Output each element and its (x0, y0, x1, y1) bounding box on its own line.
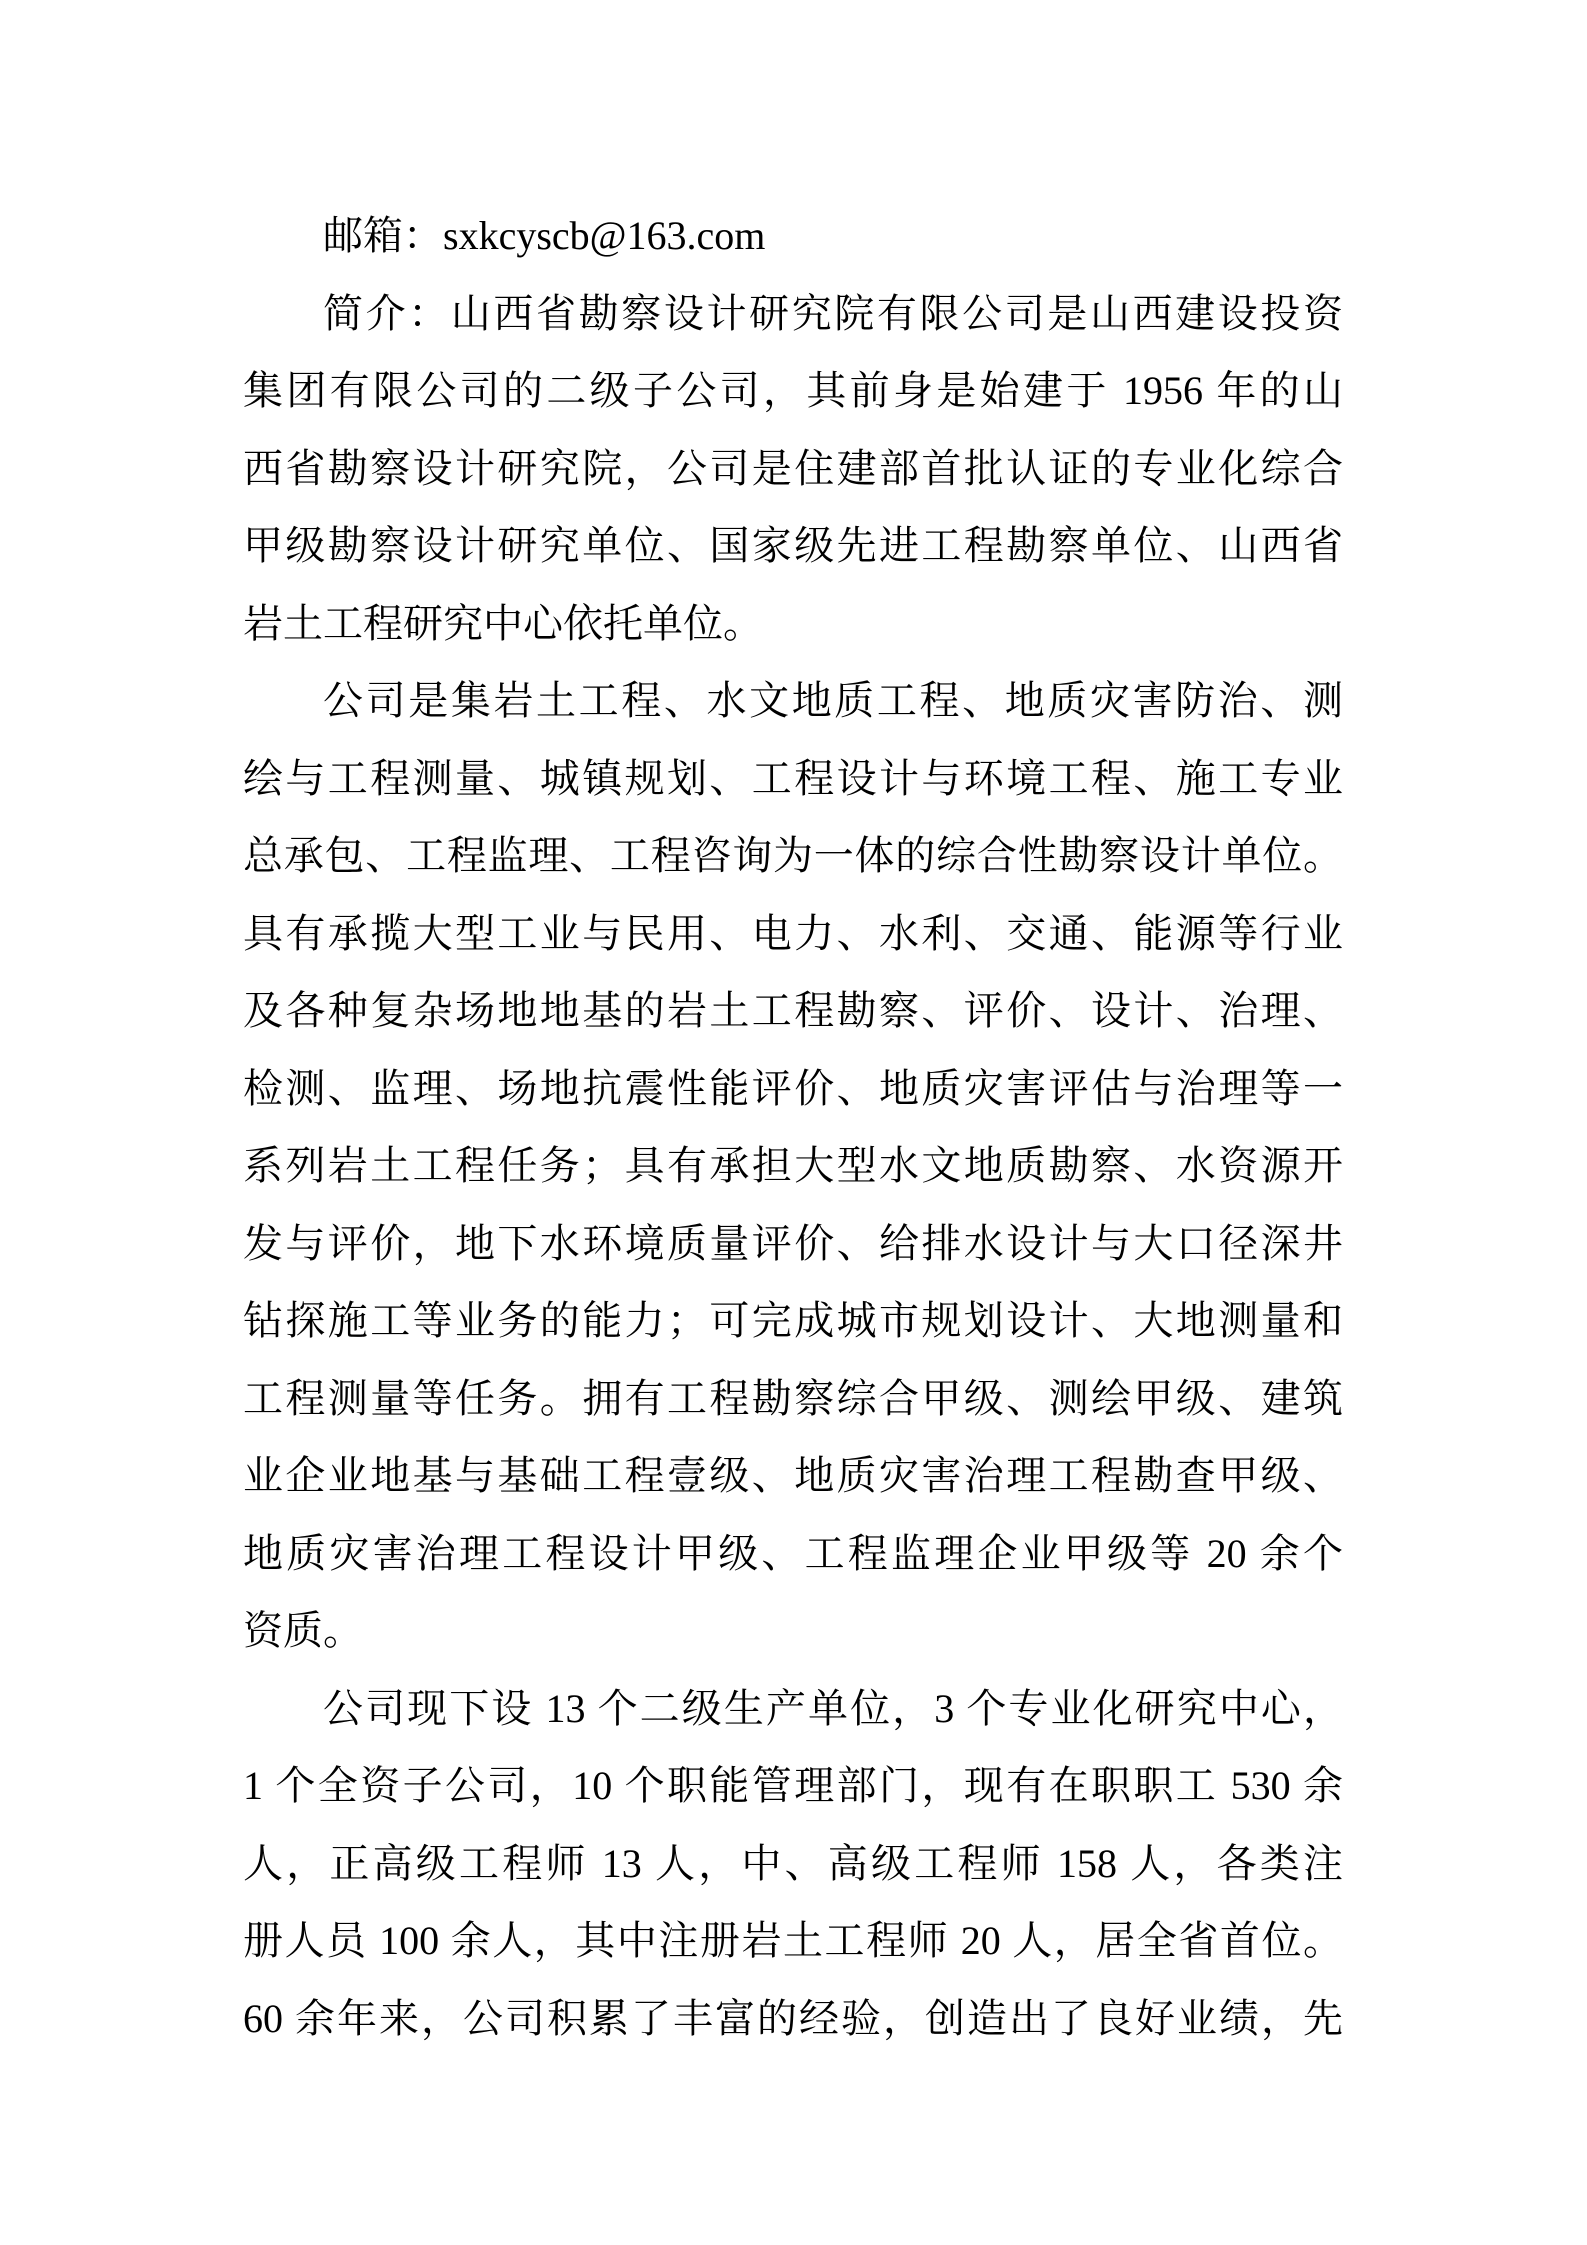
text-line-23: 册人员 100 余人，其中注册岩土工程师 20 人，居全省首位。 (243, 1902, 1343, 1980)
text-line-2: 简介：山西省勘察设计研究院有限公司是山西建设投资 (243, 275, 1343, 353)
document-body: 邮箱：sxkcyscb@163.com简介：山西省勘察设计研究院有限公司是山西建… (243, 197, 1343, 2057)
text-line-5: 甲级勘察设计研究单位、国家级先进工程勘察单位、山西省 (243, 507, 1343, 585)
text-line-6: 岩土工程研究中心依托单位。 (243, 585, 1343, 663)
text-line-3: 集团有限公司的二级子公司，其前身是始建于 1956 年的山 (243, 352, 1343, 430)
text-line-17: 业企业地基与基础工程壹级、地质灾害治理工程勘查甲级、 (243, 1437, 1343, 1515)
text-line-7: 公司是集岩土工程、水文地质工程、地质灾害防治、测 (243, 662, 1343, 740)
text-line-18: 地质灾害治理工程设计甲级、工程监理企业甲级等 20 余个 (243, 1515, 1343, 1593)
text-line-15: 钻探施工等业务的能力；可完成城市规划设计、大地测量和 (243, 1282, 1343, 1360)
text-line-19: 资质。 (243, 1592, 1343, 1670)
text-line-20: 公司现下设 13 个二级生产单位，3 个专业化研究中心， (243, 1670, 1343, 1748)
text-line-14: 发与评价，地下水环境质量评价、给排水设计与大口径深井 (243, 1205, 1343, 1283)
text-line-4: 西省勘察设计研究院，公司是住建部首批认证的专业化综合 (243, 430, 1343, 508)
text-line-22: 人，正高级工程师 13 人，中、高级工程师 158 人，各类注 (243, 1825, 1343, 1903)
text-line-11: 及各种复杂场地地基的岩土工程勘察、评价、设计、治理、 (243, 972, 1343, 1050)
text-line-12: 检测、监理、场地抗震性能评价、地质灾害评估与治理等一 (243, 1050, 1343, 1128)
text-line-16: 工程测量等任务。拥有工程勘察综合甲级、测绘甲级、建筑 (243, 1360, 1343, 1438)
text-line-9: 总承包、工程监理、工程咨询为一体的综合性勘察设计单位。 (243, 817, 1343, 895)
text-line-1: 邮箱：sxkcyscb@163.com (243, 197, 1343, 275)
text-line-24: 60 余年来，公司积累了丰富的经验，创造出了良好业绩，先 (243, 1980, 1343, 2058)
document-page: 邮箱：sxkcyscb@163.com简介：山西省勘察设计研究院有限公司是山西建… (0, 0, 1587, 2245)
text-line-8: 绘与工程测量、城镇规划、工程设计与环境工程、施工专业 (243, 740, 1343, 818)
text-line-10: 具有承揽大型工业与民用、电力、水利、交通、能源等行业 (243, 895, 1343, 973)
text-line-13: 系列岩土工程任务；具有承担大型水文地质勘察、水资源开 (243, 1127, 1343, 1205)
text-line-21: 1 个全资子公司，10 个职能管理部门，现有在职职工 530 余 (243, 1747, 1343, 1825)
